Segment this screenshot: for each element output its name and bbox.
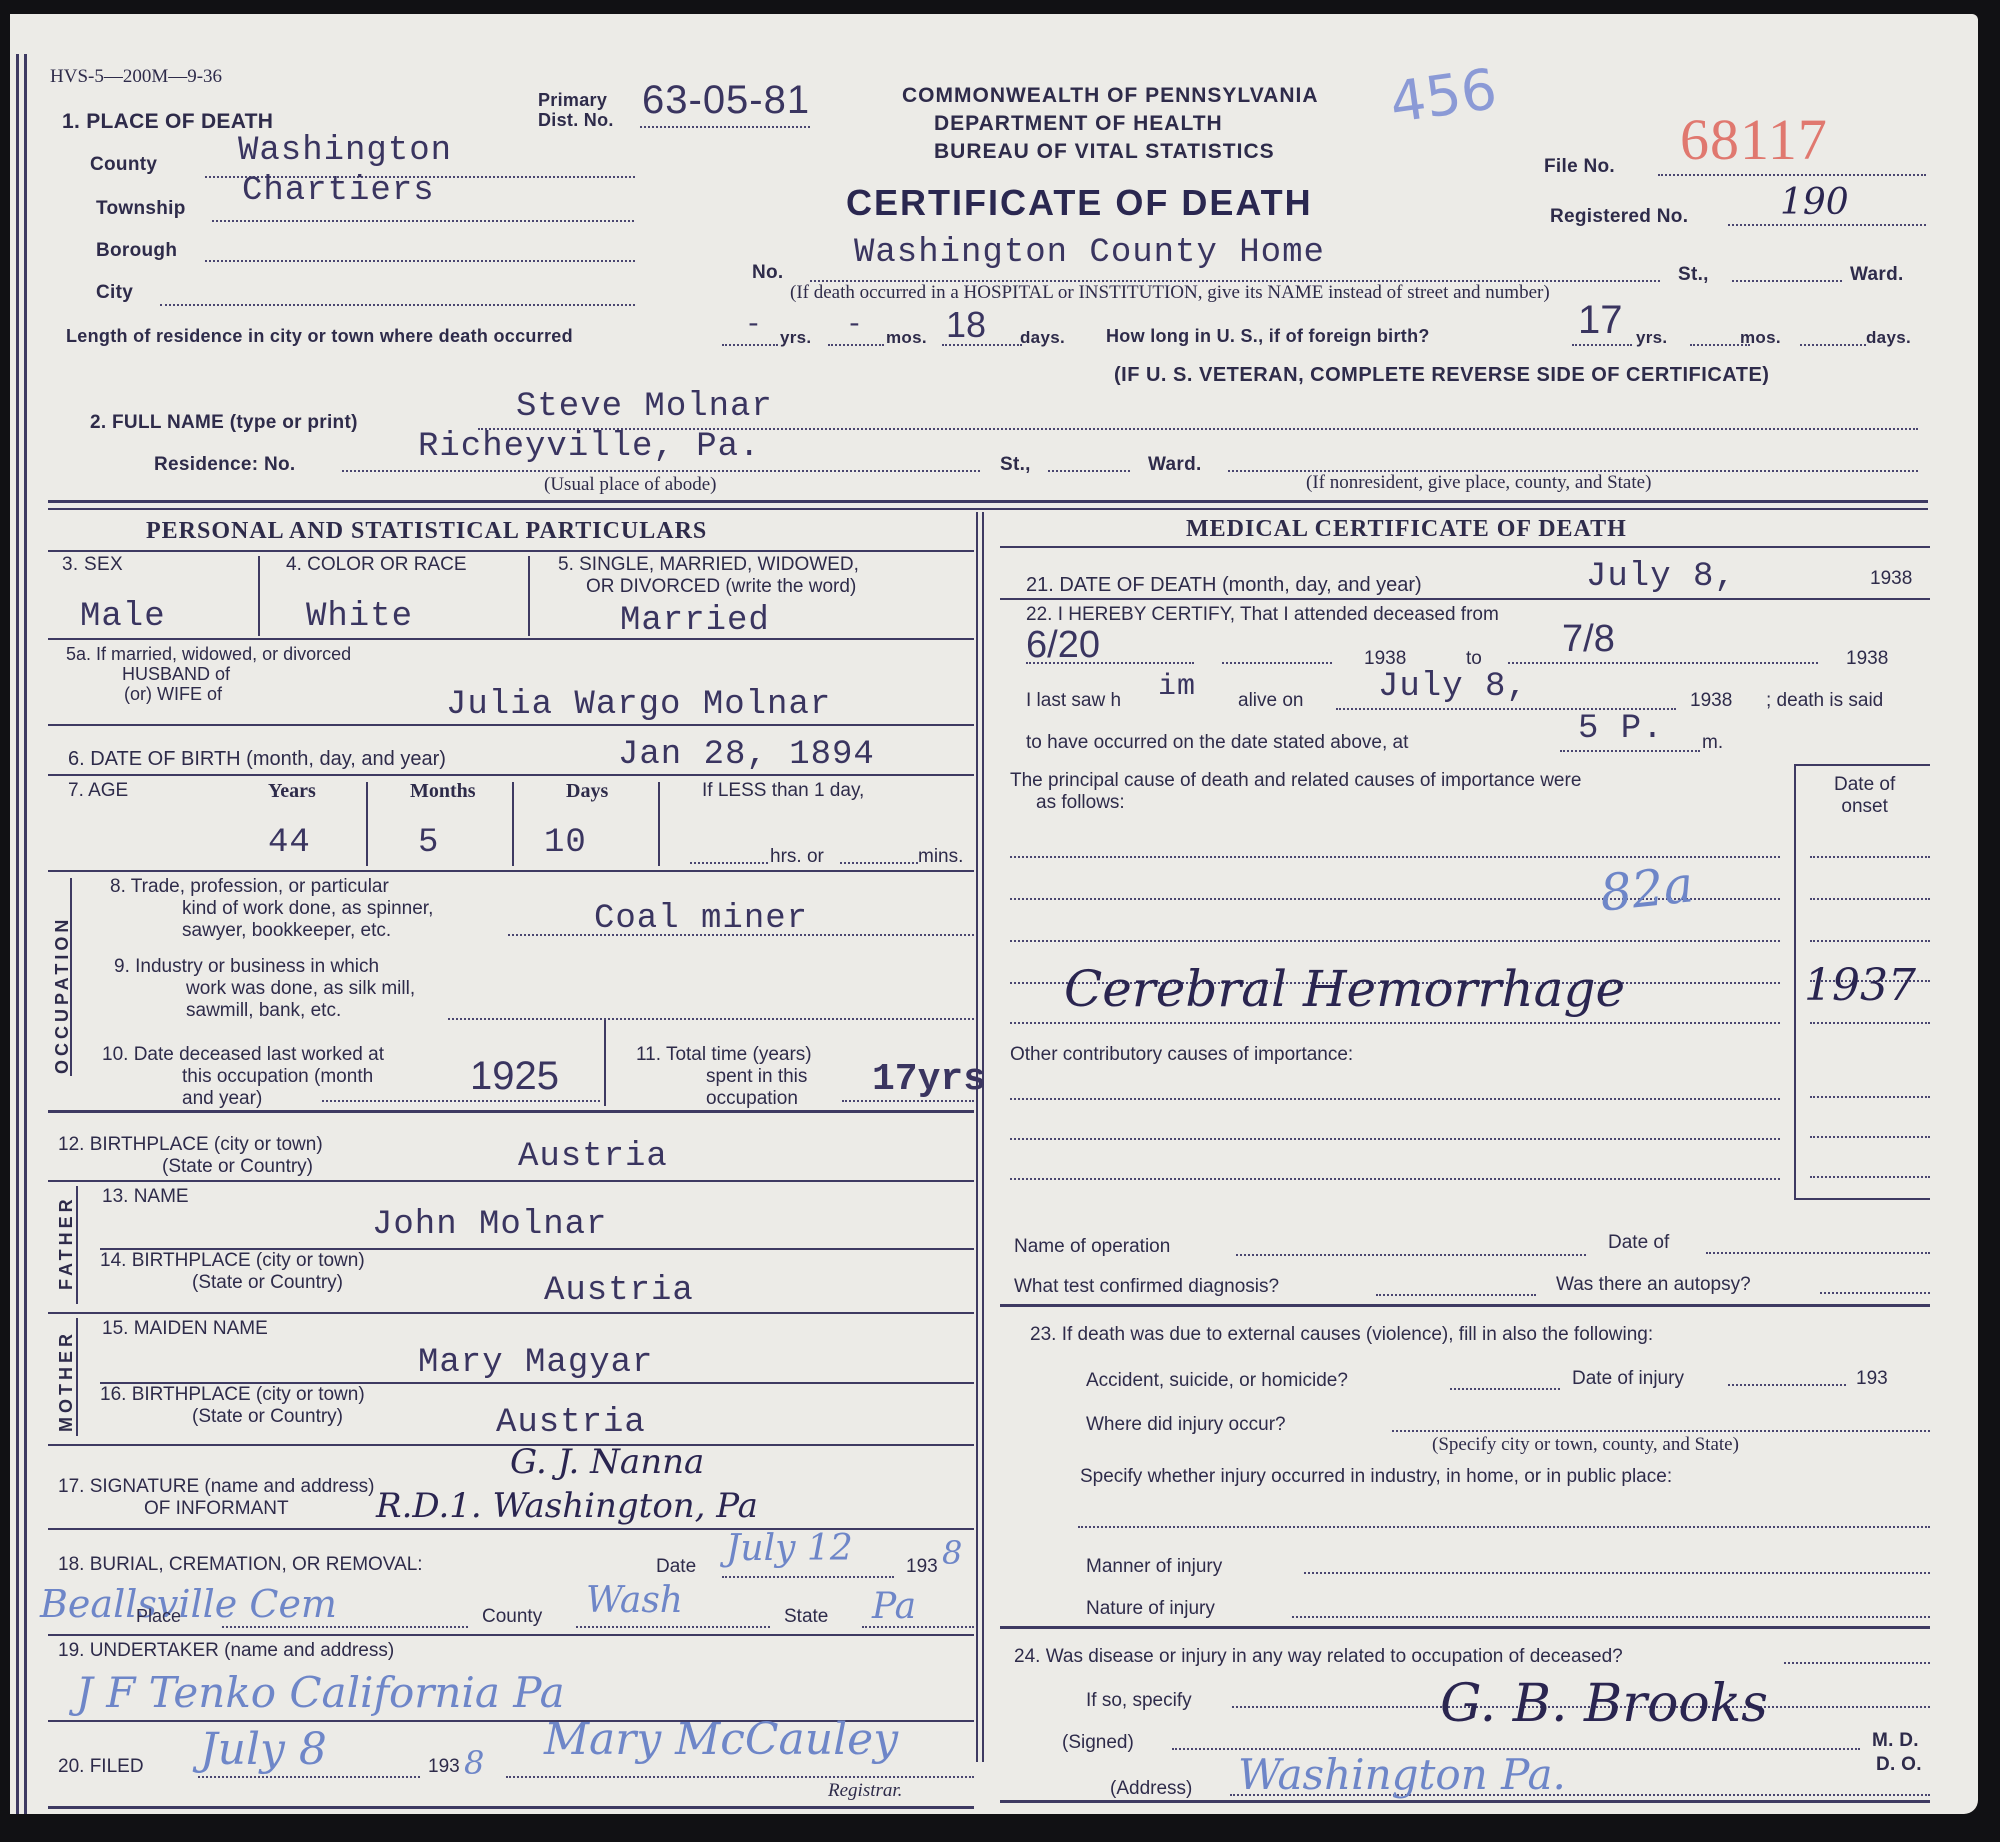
- residence-st-line: [1048, 470, 1130, 472]
- informant-address: R.D.1. Washington, Pa: [376, 1486, 758, 1526]
- column-divider-2: [982, 512, 984, 1762]
- alive-on-label: alive on: [1238, 690, 1304, 712]
- registrar-label: Registrar.: [828, 1780, 902, 1802]
- total-time-label: 11. Total time (years) spent in this occ…: [636, 1044, 812, 1110]
- township-label: Township: [96, 198, 186, 220]
- file-no-value: 68117: [1680, 106, 1828, 173]
- us-residence-label: How long in U. S., if of foreign birth?: [1106, 326, 1430, 347]
- birthplace-label: 12. BIRTHPLACE (city or town) (State or …: [58, 1134, 323, 1178]
- institution-note: (If death occurred in a HOSPITAL or INST…: [790, 282, 1550, 304]
- residence-line: [342, 470, 980, 472]
- address-label: (Address): [1110, 1778, 1192, 1800]
- residence-mos-label: mos.: [886, 328, 927, 348]
- occupation-related-label: 24. Was disease or injury in any way rel…: [1014, 1646, 1623, 1668]
- mins-label: mins.: [918, 846, 963, 868]
- undertaker-value: J F Tenko California Pa: [76, 1668, 565, 1717]
- onset-line-6: [1810, 1096, 1930, 1098]
- attended-from-line-2: [1222, 662, 1332, 664]
- burial-date-label: Date: [656, 1556, 696, 1578]
- full-name-value: Steve Molnar: [516, 388, 773, 426]
- registrar-line: [506, 1776, 974, 1778]
- primary-dist-label: Primary Dist. No.: [538, 90, 614, 130]
- test-label: What test confirmed diagnosis?: [1014, 1276, 1279, 1298]
- borough-label: Borough: [96, 240, 177, 262]
- institution-no-label: No.: [752, 262, 784, 284]
- filed-label: 20. FILED: [58, 1756, 144, 1778]
- total-time-value: 17yrs: [872, 1058, 986, 1101]
- contributory-line-1: [1010, 1098, 1780, 1100]
- filed-date-line: [198, 1776, 420, 1778]
- trade-value: Coal miner: [594, 900, 808, 938]
- onset-line-8: [1810, 1176, 1930, 1178]
- specify-injury-label: Specify whether injury occurred in indus…: [1080, 1466, 1672, 1488]
- attended-to-value: 7/8: [1562, 618, 1615, 661]
- left-border-inner: [24, 54, 27, 1814]
- marital-label: 5. SINGLE, MARRIED, WIDOWED, OR DIVORCED…: [558, 554, 859, 598]
- filed-year-prefix: 193: [428, 1756, 460, 1778]
- residence-yrs-value: -: [745, 310, 763, 341]
- age-years-value: 44: [268, 824, 311, 862]
- us-yrs-line: [1572, 344, 1632, 346]
- do-label: D. O.: [1876, 1754, 1922, 1776]
- spouse-label: 5a. If married, widowed, or divorced HUS…: [66, 644, 351, 704]
- attended-to-line: [1508, 662, 1818, 664]
- filed-year-suffix: 8: [464, 1744, 484, 1782]
- row-divider-dod: [1000, 598, 1930, 600]
- row-divider-operation: [1000, 1304, 1930, 1307]
- township-value: Chartiers: [242, 172, 435, 210]
- contributory-line-2: [1010, 1138, 1780, 1140]
- column-divider-1: [976, 512, 978, 1762]
- burial-year-suffix: 8: [942, 1534, 962, 1572]
- row-divider-dob: [48, 774, 974, 776]
- total-time-line: [842, 1100, 974, 1102]
- header-bureau: BUREAU OF VITAL STATISTICS: [934, 140, 1275, 164]
- age-label: 7. AGE: [68, 780, 128, 802]
- us-mos-label: mos.: [1740, 328, 1781, 348]
- hrs-label: hrs. or: [770, 846, 824, 868]
- residence-ward-label: Ward.: [1148, 454, 1202, 476]
- mother-birthplace-label: 16. BIRTHPLACE (city or town) (State or …: [100, 1384, 365, 1428]
- primary-dist-line: [640, 126, 810, 128]
- father-name-value: John Molnar: [372, 1206, 607, 1244]
- attended-from-value: 6/20: [1026, 624, 1100, 667]
- operation-date-label: Date of: [1608, 1232, 1669, 1254]
- dod-year: 1938: [1870, 568, 1912, 590]
- burial-state-value: Pa: [872, 1586, 916, 1627]
- residence-days-value: 18: [946, 304, 986, 346]
- residence-days-label: days.: [1020, 328, 1065, 348]
- residence-label: Residence: No.: [154, 454, 295, 476]
- us-yrs-label: yrs.: [1636, 328, 1667, 348]
- abode-note: (Usual place of abode): [544, 474, 717, 496]
- mother-side-label: MOTHER: [56, 1330, 77, 1432]
- nature-injury-label: Nature of injury: [1086, 1598, 1215, 1620]
- us-yrs-value: 17: [1578, 298, 1623, 343]
- file-no-line: [1658, 174, 1926, 176]
- header-commonwealth: COMMONWEALTH OF PENNSYLVANIA: [902, 84, 1318, 108]
- onset-box-left: [1794, 764, 1796, 1200]
- onset-line-1: [1810, 856, 1930, 858]
- cause-label: The principal cause of death and related…: [1010, 770, 1581, 814]
- place-of-death-label: 1. PLACE OF DEATH: [62, 110, 273, 134]
- operation-line: [1236, 1254, 1586, 1256]
- township-line: [212, 220, 634, 222]
- onset-box-bottom: [1794, 1198, 1930, 1200]
- mother-birthplace-value: Austria: [496, 1404, 646, 1442]
- sex-divider: [258, 556, 260, 636]
- personal-section-title: PERSONAL AND STATISTICAL PARTICULARS: [146, 518, 707, 545]
- occupation-divider: [604, 1020, 606, 1106]
- cause-line-3: [1010, 940, 1780, 942]
- onset-label: Date of onset: [1834, 774, 1895, 818]
- residence-value: Richeyville, Pa.: [418, 428, 760, 466]
- industry-line: [448, 1018, 974, 1020]
- test-line: [1376, 1294, 1536, 1296]
- mother-name-label: 15. MAIDEN NAME: [102, 1318, 268, 1340]
- where-injury-label: Where did injury occur?: [1086, 1414, 1286, 1436]
- burial-place-value: Beallsville Cem: [40, 1582, 337, 1626]
- residence-mos-line: [828, 344, 884, 346]
- nature-injury-line: [1292, 1616, 1930, 1618]
- occupation-related-line: [1784, 1662, 1930, 1664]
- contributory-label: Other contributory causes of importance:: [1010, 1044, 1353, 1066]
- institution-ward-label: Ward.: [1850, 264, 1904, 286]
- specify-injury-line: [1078, 1526, 1930, 1528]
- undertaker-label: 19. UNDERTAKER (name and address): [58, 1640, 394, 1662]
- age-divider-2: [512, 782, 514, 866]
- dob-label: 6. DATE OF BIRTH (month, day, and year): [68, 748, 446, 771]
- autopsy-line: [1820, 1292, 1930, 1294]
- to-year: 1938: [1846, 648, 1888, 670]
- signed-label: (Signed): [1062, 1732, 1134, 1754]
- burial-date-line: [722, 1576, 894, 1578]
- burial-place-line: [222, 1626, 468, 1628]
- dob-value: Jan 28, 1894: [618, 736, 875, 774]
- city-line: [160, 304, 635, 306]
- from-year: 1938: [1364, 648, 1406, 670]
- age-days-value: 10: [544, 824, 587, 862]
- race-divider: [528, 556, 530, 636]
- race-label: 4. COLOR OR RACE: [286, 554, 467, 576]
- time-value: 5 P.: [1578, 710, 1664, 748]
- md-label: M. D.: [1872, 1730, 1919, 1752]
- age-months-label: Months: [410, 780, 476, 803]
- spouse-value: Julia Wargo Molnar: [446, 686, 831, 724]
- residence-yrs-label: yrs.: [780, 328, 811, 348]
- father-side-label: FATHER: [56, 1195, 77, 1290]
- last-saw-year: 1938: [1690, 690, 1732, 712]
- less-than-day-label: If LESS than 1 day,: [702, 780, 864, 802]
- residence-mos-value: -: [846, 310, 864, 341]
- burial-place-label: Place: [136, 1606, 181, 1627]
- operation-label: Name of operation: [1014, 1236, 1170, 1258]
- us-days-line: [1800, 344, 1866, 346]
- row-divider-bottom: [1000, 1800, 1930, 1803]
- birthplace-value: Austria: [518, 1138, 668, 1176]
- cause-line-5: [1010, 1022, 1780, 1024]
- trade-label: 8. Trade, profession, or particular kind…: [110, 876, 433, 942]
- onset-box-top: [1794, 764, 1930, 766]
- injury-year: 193: [1856, 1368, 1888, 1390]
- father-birthplace-label: 14. BIRTHPLACE (city or town) (State or …: [100, 1250, 365, 1294]
- dod-value: July 8,: [1586, 558, 1736, 596]
- onset-date-value: 1937: [1804, 960, 1916, 1011]
- m-label: m.: [1702, 732, 1723, 754]
- institution-value: Washington County Home: [854, 234, 1325, 272]
- registered-no-value: 190: [1780, 182, 1849, 223]
- onset-line-2: [1810, 898, 1930, 900]
- row-divider-marital: [48, 638, 974, 640]
- burial-county-value: Wash: [586, 1580, 683, 1621]
- county-label: County: [90, 154, 157, 176]
- header-department: DEPARTMENT OF HEALTH: [934, 112, 1223, 136]
- manner-injury-label: Manner of injury: [1086, 1556, 1222, 1578]
- full-name-label: 2. FULL NAME (type or print): [90, 412, 358, 434]
- manner-injury-line: [1304, 1572, 1930, 1574]
- veteran-note: (IF U. S. VETERAN, COMPLETE REVERSE SIDE…: [1114, 364, 1769, 387]
- row-divider-birthplace: [48, 1180, 974, 1182]
- registrar-signature: Mary McCauley: [544, 1714, 898, 1765]
- injury-date-label: Date of injury: [1572, 1368, 1684, 1390]
- residence-yrs-line: [722, 344, 778, 346]
- informant-label: 17. SIGNATURE (name and address) OF INFO…: [58, 1476, 374, 1520]
- nonresident-note: (If nonresident, give place, county, and…: [1306, 472, 1651, 494]
- form-code: HVS-5—200M—9-36: [50, 66, 222, 88]
- personal-title-underline: [48, 550, 974, 552]
- sex-label: 3. SEX: [62, 554, 123, 576]
- age-months-value: 5: [418, 824, 439, 862]
- onset-line-3: [1810, 940, 1930, 942]
- city-label: City: [96, 282, 133, 304]
- last-saw-date: July 8,: [1378, 668, 1528, 706]
- industry-label: 9. Industry or business in which work wa…: [114, 956, 415, 1022]
- section-divider-top: [48, 500, 1928, 503]
- row-divider-father: [48, 1312, 974, 1314]
- death-said-label: ; death is said: [1766, 690, 1883, 712]
- time-line: [1560, 750, 1700, 752]
- where-injury-line: [1392, 1430, 1930, 1432]
- us-days-label: days.: [1866, 328, 1911, 348]
- sex-value: Male: [80, 598, 166, 636]
- county-value: Washington: [238, 132, 452, 170]
- father-birthplace-value: Austria: [544, 1272, 694, 1310]
- injury-date-line: [1728, 1384, 1846, 1386]
- filed-date-value: July 8: [200, 1724, 327, 1775]
- operation-date-line: [1706, 1252, 1930, 1254]
- institution-st-line: [1732, 280, 1842, 282]
- row-divider-age: [48, 870, 974, 872]
- certify-label: 22. I HEREBY CERTIFY, That I attended de…: [1026, 604, 1499, 626]
- death-certificate-paper: HVS-5—200M—9-36 1. PLACE OF DEATH County…: [10, 14, 1978, 1814]
- burial-state-label: State: [784, 1606, 828, 1628]
- onset-line-5: [1810, 1022, 1930, 1024]
- pencil-annotation: 456: [1386, 57, 1501, 136]
- burial-date-value: July 12: [726, 1528, 853, 1569]
- section-divider-top-2: [48, 508, 1928, 510]
- mins-line: [840, 862, 918, 864]
- age-days-label: Days: [566, 780, 608, 803]
- registered-no-line: [1728, 224, 1926, 226]
- mother-name-value: Mary Magyar: [418, 1344, 653, 1382]
- onset-line-7: [1810, 1136, 1930, 1138]
- occurred-label: to have occurred on the date stated abov…: [1026, 732, 1408, 754]
- residence-length-label: Length of residence in city or town wher…: [66, 326, 573, 347]
- burial-year-prefix: 193: [906, 1556, 938, 1578]
- age-divider-3: [658, 782, 660, 866]
- dod-label: 21. DATE OF DEATH (month, day, and year): [1026, 574, 1422, 597]
- age-years-label: Years: [268, 780, 316, 803]
- row-divider-occupation: [48, 1110, 974, 1113]
- physician-address: Washington Pa.: [1238, 1750, 1566, 1799]
- where-injury-note: (Specify city or town, county, and State…: [1432, 1434, 1739, 1456]
- accident-label: Accident, suicide, or homicide?: [1086, 1370, 1348, 1392]
- race-value: White: [306, 598, 413, 636]
- informant-name: G. J. Nanna: [510, 1442, 704, 1482]
- to-label: to: [1466, 648, 1482, 670]
- physician-signature: G. B. Brooks: [1440, 1674, 1768, 1734]
- borough-line: [205, 260, 635, 262]
- burial-county-label: County: [482, 1606, 542, 1628]
- last-worked-line: [322, 1100, 600, 1102]
- left-border-outer: [16, 54, 19, 1814]
- institution-st-label: St.,: [1678, 264, 1709, 286]
- medical-title-underline: [1000, 546, 1930, 548]
- residence-st-label: St.,: [1000, 454, 1031, 476]
- contributory-line-3: [1010, 1178, 1780, 1180]
- marital-value: Married: [620, 602, 770, 640]
- principal-cause-value: Cerebral Hemorrhage: [1064, 960, 1625, 1018]
- row-divider-spouse: [48, 724, 974, 726]
- burial-label: 18. BURIAL, CREMATION, OR REMOVAL:: [58, 1554, 423, 1576]
- father-name-label: 13. NAME: [102, 1186, 189, 1208]
- medical-section-title: MEDICAL CERTIFICATE OF DEATH: [1186, 516, 1627, 543]
- last-worked-value: 1925: [470, 1054, 559, 1099]
- autopsy-label: Was there an autopsy?: [1556, 1274, 1751, 1296]
- burial-county-line: [576, 1626, 770, 1628]
- row-divider-injury: [1000, 1626, 1930, 1629]
- hrs-line: [690, 862, 768, 864]
- accident-line: [1450, 1388, 1560, 1390]
- last-saw-pronoun: im: [1158, 670, 1196, 704]
- external-causes-label: 23. If death was due to external causes …: [1030, 1324, 1653, 1346]
- registered-no-label: Registered No.: [1550, 206, 1688, 228]
- primary-dist-no: 63-05-81: [642, 78, 810, 123]
- cause-code-annotation: 82a: [1597, 855, 1696, 922]
- last-saw-label: I last saw h: [1026, 690, 1121, 712]
- row-divider-burial: [48, 1634, 974, 1636]
- certificate-title: CERTIFICATE OF DEATH: [846, 182, 1313, 224]
- row-divider-filed: [48, 1806, 974, 1809]
- if-so-label: If so, specify: [1086, 1690, 1192, 1712]
- occupation-side-label: OCCUPATION: [52, 916, 73, 1074]
- file-no-label: File No.: [1544, 156, 1615, 178]
- age-divider-1: [366, 782, 368, 866]
